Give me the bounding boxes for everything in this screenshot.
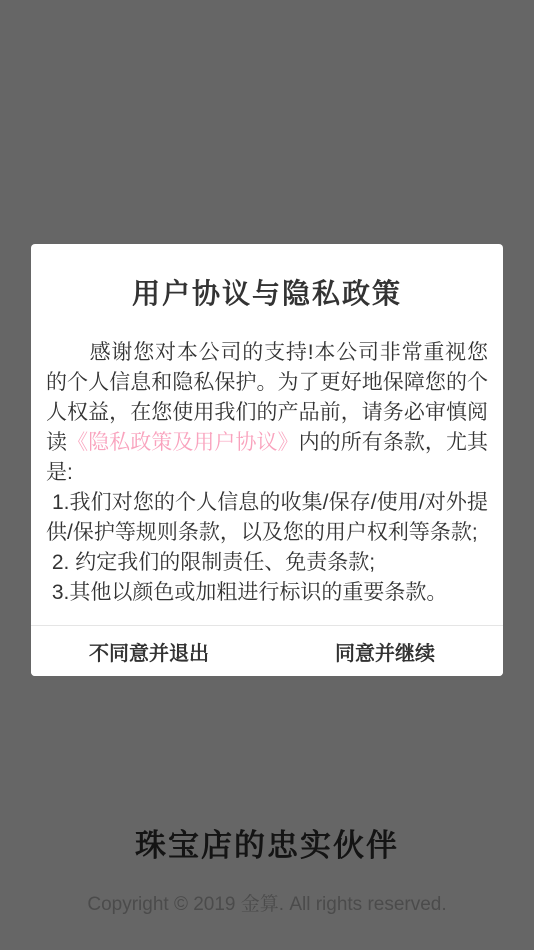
modal-body-text: 感谢您对本公司的支持!本公司非常重视您的个人信息和隐私保护。为了更好地保障您的个… <box>46 338 488 625</box>
body-text-rest: 内的所有条款，尤其是: 1.我们对您的个人信息的收集/保存/使用/对外提供/保护… <box>46 431 488 604</box>
privacy-policy-link[interactable]: 《隐私政策及用户协议》 <box>67 431 299 454</box>
privacy-policy-modal: 用户协议与隐私政策 感谢您对本公司的支持!本公司非常重视您的个人信息和隐私保护。… <box>31 244 503 676</box>
decline-button[interactable]: 不同意并退出 <box>31 626 267 676</box>
app-screen: 珠宝店的忠实伙伴 Copyright © 2019 金算. All rights… <box>0 0 534 950</box>
modal-footer: 不同意并退出 同意并继续 <box>31 625 503 676</box>
modal-title: 用户协议与隐私政策 <box>31 276 503 312</box>
agree-button[interactable]: 同意并继续 <box>267 626 503 676</box>
